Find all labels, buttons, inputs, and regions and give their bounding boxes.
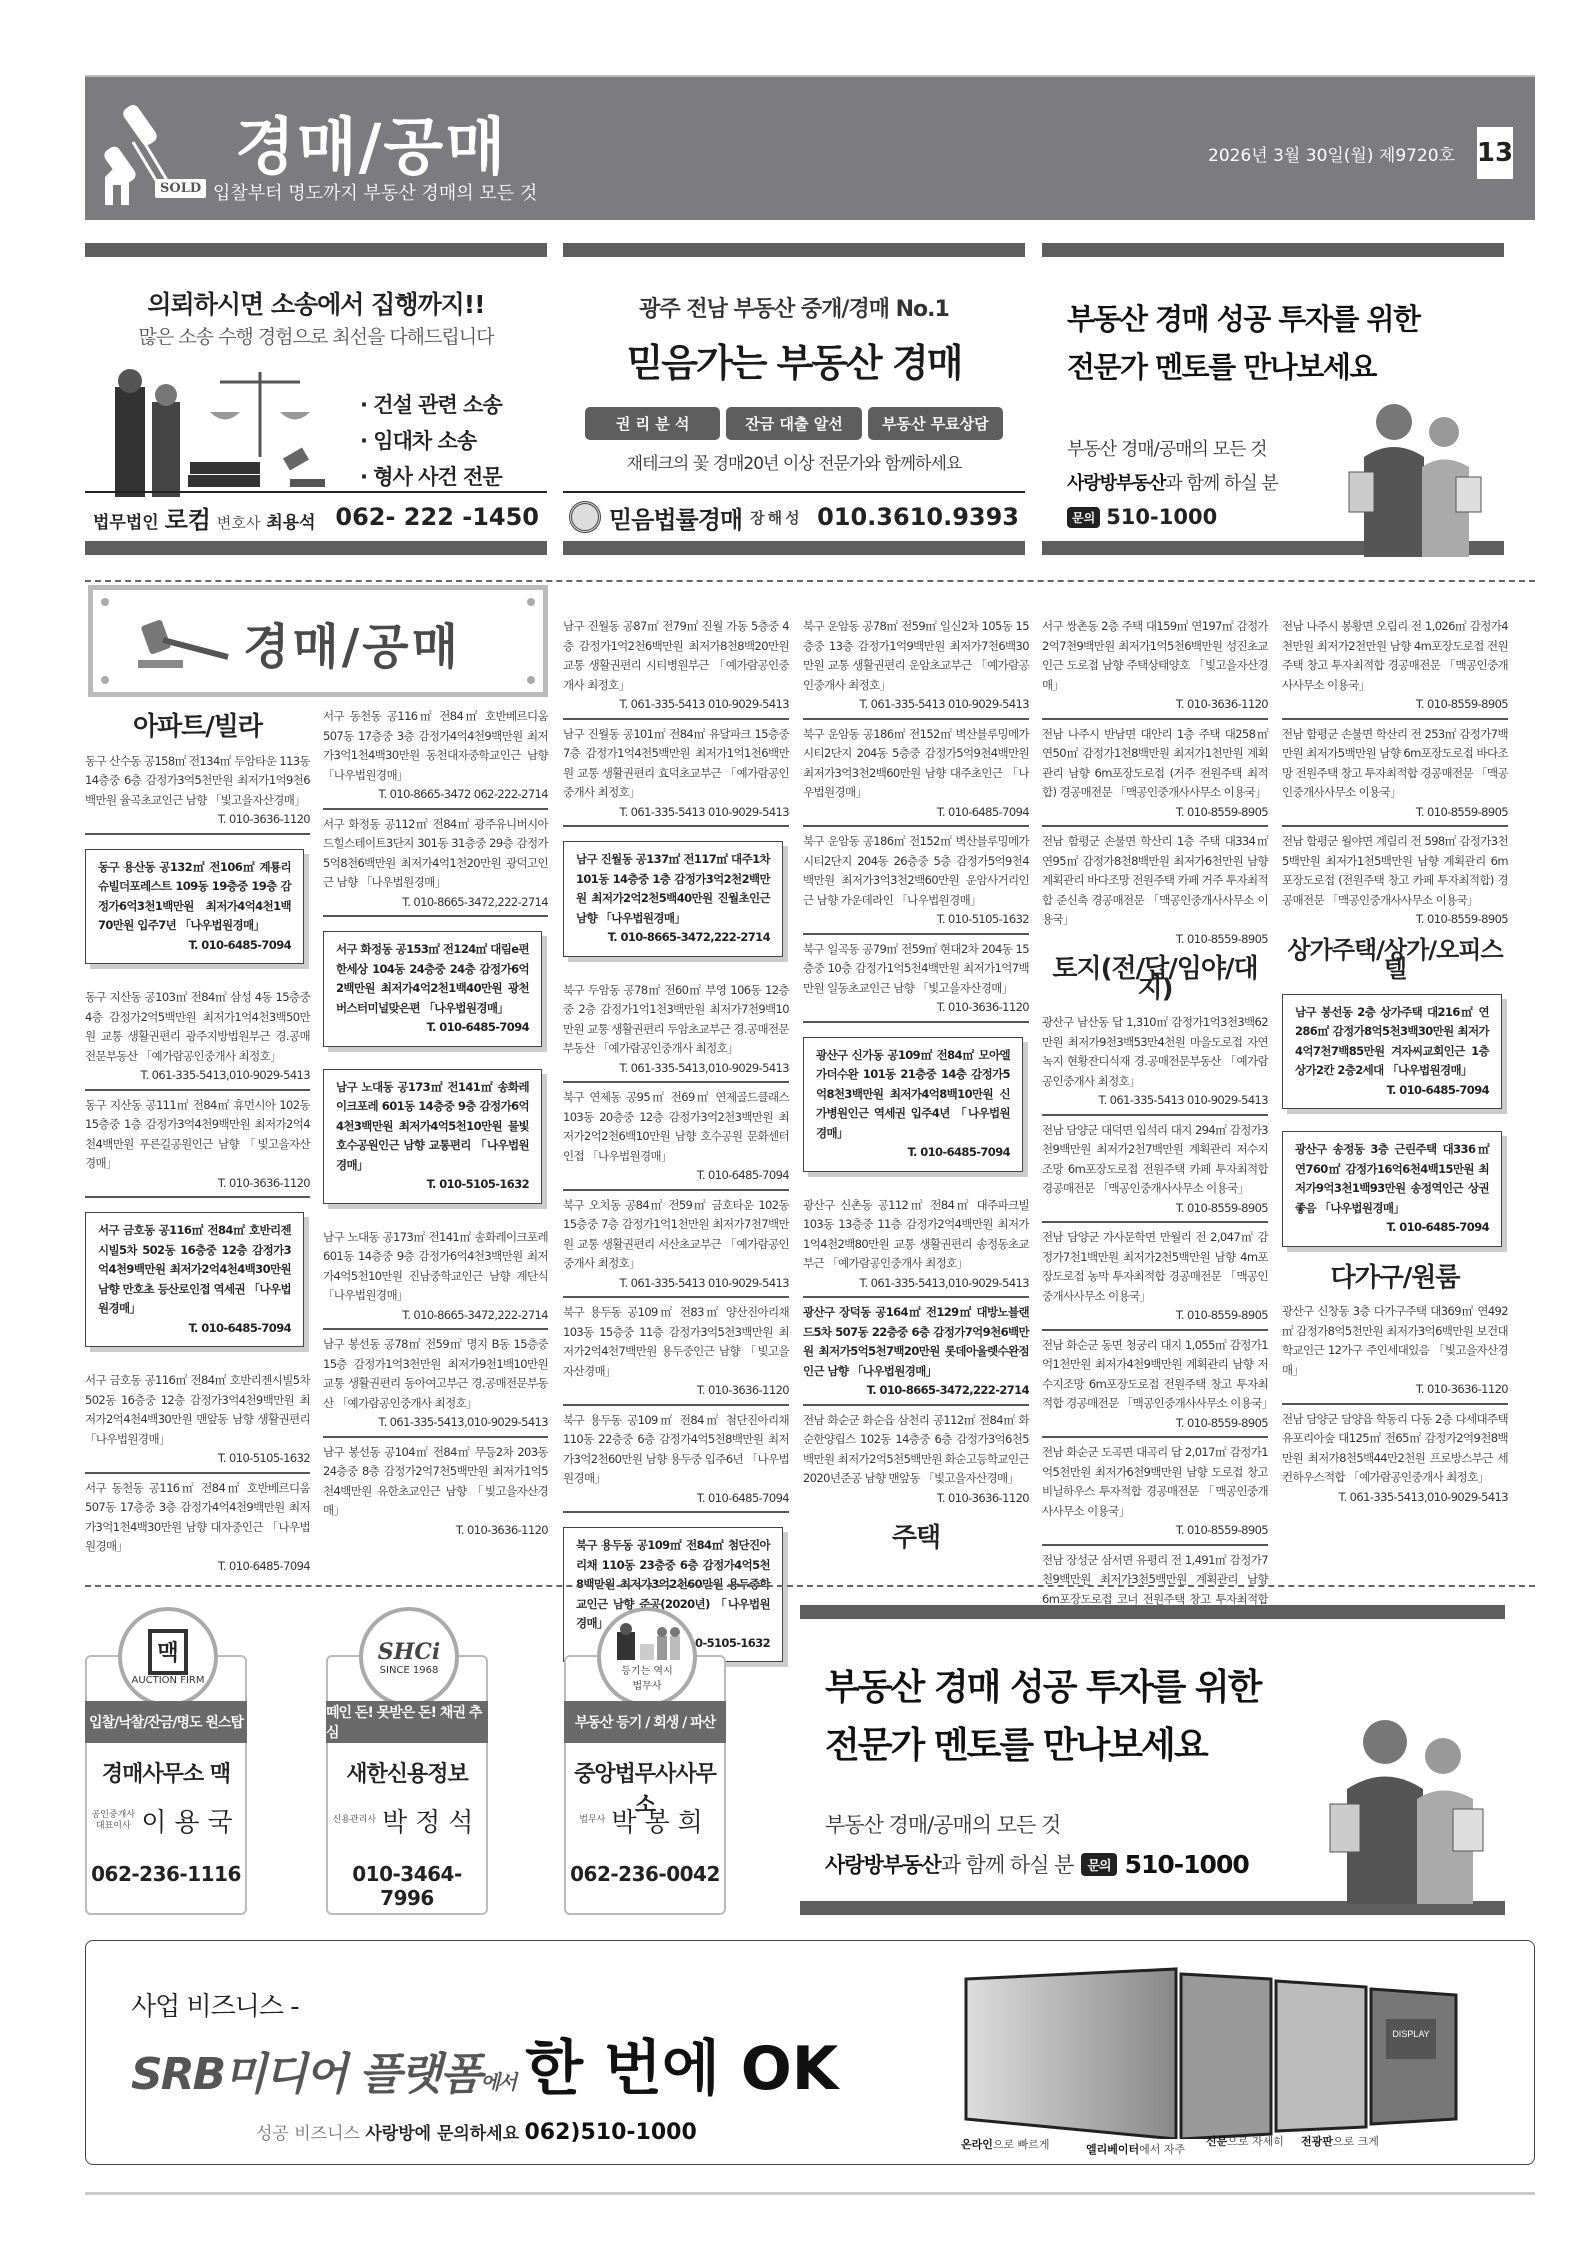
listing-item-featured[interactable]: 서구 금호동 공116㎡ 전84㎡ 호반리젠시빌5차 502동 16층중 12층… bbox=[85, 1212, 304, 1347]
phone-number[interactable]: 510-1000 bbox=[1125, 1850, 1249, 1879]
section-divider bbox=[85, 580, 1535, 582]
listing-item-featured[interactable]: 남구 노대동 공173㎡ 전141㎡ 송화레이크포레 601동 14층중 9층 … bbox=[323, 1069, 542, 1204]
listing-column-1: 아파트/빌라 동구 산수동 공158㎡ 전134㎡ 두암타운 113동 14층중… bbox=[85, 710, 310, 1582]
listing-item[interactable]: 서구 동천동 공116㎡ 전84㎡ 호반베르디움 507동 17층중 3층 감정… bbox=[85, 1477, 310, 1580]
listing-item-featured[interactable]: 남구 진월동 공137㎡ 전117㎡ 대주1차 101동 14층중 1층 감정가… bbox=[563, 841, 783, 957]
listing-item[interactable]: 전남 함평군 손불면 학산리 전 253㎡ 감정가7백만원 최저가5백만원 남향… bbox=[1282, 723, 1508, 828]
ad-contact-line: 사랑방부동산과 함께 하실 분 문의 510-1000 bbox=[825, 1849, 1249, 1879]
ad-headline: 부동산 경매 성공 투자를 위한 전문가 멘토를 만나보세요 bbox=[1067, 295, 1420, 391]
service-item: · 임대차 소송 bbox=[360, 423, 502, 459]
listing-item[interactable]: 서구 화정동 공112㎡ 전84㎡ 광주유니버시아드힐스테이트3단지 301동 … bbox=[323, 813, 548, 918]
service-pills: 권 리 분 석 잔금 대출 알선 부동산 무료상담 bbox=[585, 407, 1003, 440]
card-strip: 부동산 등기 / 회생 / 파산 bbox=[564, 1701, 726, 1743]
banner-line-1: 사업 비즈니스 - bbox=[131, 1986, 299, 2023]
listing-item[interactable]: 북구 운암동 공78㎡ 전59㎡ 일신2차 105동 15층중 13층 감정가1… bbox=[803, 615, 1029, 720]
shci-logo-icon: SHCi bbox=[378, 1639, 441, 1665]
firm-name: 믿음법률경매 bbox=[609, 500, 742, 535]
listing-item-featured[interactable]: 남구 봉선동 2층 상가주택 대216㎡ 연286㎡ 감정가8억5천3백30만원… bbox=[1282, 994, 1502, 1110]
service-pill: 권 리 분 석 bbox=[585, 407, 720, 440]
ad-card-maek-auction[interactable]: 맥 AUCTION FIRM 입찰/낙찰/잔금/명도 원스탑 경매사무소 맥 공… bbox=[85, 1655, 247, 1915]
ad-subline: 재테크의 꽃 경매20년 이상 전문가와 함께하세요 bbox=[563, 449, 1025, 474]
phone-number[interactable]: 062)510-1000 bbox=[524, 2120, 696, 2145]
listing-item[interactable]: 북구 용두동 공109㎡ 전84㎡ 첨단진아리채 110동 22층중 6층 감정… bbox=[563, 1409, 789, 1514]
listing-item[interactable]: 전남 담양군 대덕면 입석리 대지 294㎡ 감정가3천9백만원 최저가2천7백… bbox=[1042, 1119, 1268, 1224]
seal-logo-icon bbox=[569, 501, 601, 533]
rivet-icon bbox=[101, 598, 109, 606]
ad-mideum-auction[interactable]: 광주 전남 부동산 중개/경매 No.1 믿음가는 부동산 경매 권 리 분 석… bbox=[563, 243, 1025, 555]
listing-item[interactable]: 전남 나주시 봉황면 오림리 전 1,026㎡ 감정가4천만원 최저가2천만원 … bbox=[1282, 615, 1508, 720]
listing-item[interactable]: 남구 봉선동 공78㎡ 전59㎡ 명지 B동 15층중 15층 감정가1억3천만… bbox=[323, 1333, 548, 1438]
rivet-icon bbox=[101, 676, 109, 684]
listing-item[interactable]: 전남 화순군 도곡면 대곡리 답 2,017㎡ 감정가1억5천만원 최저가6천9… bbox=[1042, 1441, 1268, 1546]
caption-online: 온라인으로 빠르게 bbox=[961, 2136, 1050, 2152]
listing-item[interactable]: 전남 담양군 가사문학면 만월리 전 2,047㎡ 감정가7천1백만원 최저가2… bbox=[1042, 1226, 1268, 1331]
listing-item[interactable]: 서구 동천동 공116㎡ 전84㎡ 호반베르디움 507동 17층중 3층 감정… bbox=[323, 705, 548, 810]
listing-item[interactable]: 동구 산수동 공158㎡ 전134㎡ 두암타운 113동 14층중 6층 감정가… bbox=[85, 750, 310, 835]
card-strip: 입찰/낙찰/잔금/명도 원스탑 bbox=[85, 1701, 247, 1743]
logo-circle: SHCi SINCE 1968 bbox=[359, 1607, 459, 1707]
listing-item[interactable]: 광산구 신촌동 공112㎡ 전84㎡ 대주파크빌 103동 13층중 11층 감… bbox=[803, 1194, 1029, 1299]
ad-sarangbang-mentor-large[interactable]: 부동산 경매 성공 투자를 위한 전문가 멘토를 만나보세요 부동산 경매/공매… bbox=[800, 1605, 1505, 1915]
ad-card-saehan-credit[interactable]: SHCi SINCE 1968 떼인 돈! 못받은 돈! 채권 추심 새한신용정… bbox=[326, 1655, 488, 1915]
rivet-icon bbox=[527, 676, 535, 684]
listing-item[interactable]: 북구 오치동 공84㎡ 전59㎡ 금호타운 102동 15층중 7층 감정가1억… bbox=[563, 1194, 789, 1299]
section-heading-land: 토지(전/답/임야/대지) bbox=[1042, 960, 1268, 999]
listing-item[interactable]: 동구 지산동 공103㎡ 전84㎡ 삼성 4동 15층중 4층 감정가2억5백만… bbox=[85, 986, 310, 1091]
listing-item[interactable]: 북구 운암동 공186㎡ 전152㎡ 벽산블루밍메가시티2단지 204동 5층중… bbox=[803, 723, 1029, 828]
ad-headline: 믿음가는 부동산 경매 bbox=[563, 332, 1025, 387]
rivet-icon bbox=[527, 598, 535, 606]
service-item: · 건설 관련 소송 bbox=[360, 387, 502, 423]
listing-item-featured[interactable]: 동구 용산동 공132㎡ 전106㎡ 계룡리슈빌더포레스트 109동 19층중 … bbox=[85, 849, 304, 965]
ad-subline: 많은 소송 수행 경험으로 최선을 다해드립니다 bbox=[85, 322, 547, 349]
listing-item[interactable]: 전남 담양군 담양읍 학동리 다동 2층 다세대주택 유포리아숲 대125㎡ 전… bbox=[1282, 1408, 1508, 1511]
listing-column-3: 남구 진월동 공87㎡ 전79㎡ 진월 가동 5층중 4층 감정가1억2천6백만… bbox=[563, 615, 789, 1684]
listing-item-bold[interactable]: 광산구 장덕동 공164㎡ 전129㎡ 대방노블랜드5차 507동 22층중 6… bbox=[803, 1301, 1029, 1406]
listing-item[interactable]: 광산구 신창동 3층 다가구주택 대369㎡ 연492㎡ 감정가8억5천만원 최… bbox=[1282, 1300, 1508, 1405]
sold-badge: SOLD bbox=[155, 179, 206, 198]
ad-kicker: 광주 전남 부동산 중개/경매 No.1 bbox=[563, 292, 1025, 323]
listing-item[interactable]: 북구 연제동 공95㎡ 전69㎡ 연제골드클래스 103동 20층중 12층 감… bbox=[563, 1086, 789, 1191]
listing-item[interactable]: 북구 운암동 공186㎡ 전152㎡ 벽산블루밍메가시티2단지 204동 26층… bbox=[803, 830, 1029, 935]
listings-banner: 경매/공매 bbox=[88, 585, 548, 697]
listing-item[interactable]: 전남 나주시 반남면 대안리 1층 주택 대258㎡ 연50㎡ 감정가1천8백만… bbox=[1042, 723, 1268, 828]
business-name: 새한신용정보 bbox=[328, 1757, 486, 1788]
listing-column-6: 전남 나주시 봉황면 오림리 전 1,026㎡ 감정가4천만원 최저가2천만원 … bbox=[1282, 615, 1508, 1513]
listing-item[interactable]: 남구 봉선동 공104㎡ 전84㎡ 무등2차 203동 24층중 8층 감정가2… bbox=[323, 1441, 548, 1544]
listing-item[interactable]: 동구 지산동 공111㎡ 전84㎡ 휴먼시아 102동 15층중 1층 감정가3… bbox=[85, 1094, 310, 1199]
ad-subline-brand: 사랑방부동산과 함께 하실 분 bbox=[1067, 469, 1278, 495]
ad-footer: 법무법인 로컴 변호사 최용석 062- 222 -1450 bbox=[85, 491, 547, 541]
listing-item-featured[interactable]: 광산구 신가동 공109㎡ 전84㎡ 모아엘가더수완 101동 21층중 14층… bbox=[803, 1037, 1023, 1172]
contact: 문의 510-1000 bbox=[1067, 505, 1217, 529]
service-pill: 잔금 대출 알선 bbox=[726, 407, 861, 440]
listing-item[interactable]: 남구 노대동 공173㎡ 전141㎡ 송화레이크포레 601동 14층중 9층 … bbox=[323, 1226, 548, 1331]
section-heading-house: 주택 bbox=[803, 1529, 1029, 1549]
business-name: 경매사무소 맥 bbox=[87, 1757, 245, 1788]
section-title: 경매/공매 bbox=[235, 97, 507, 186]
lawyers-scale-illustration-icon bbox=[100, 367, 330, 497]
footer-rule bbox=[85, 2192, 1535, 2195]
representative: 법무사박봉희 bbox=[566, 1802, 724, 1839]
representative: 신용관리사박정석 bbox=[328, 1802, 486, 1839]
issue-date: 2026년 3월 30일(월) 제9720호 bbox=[1208, 141, 1455, 166]
gavel-icon bbox=[133, 612, 233, 672]
page-number: 13 bbox=[1477, 127, 1513, 179]
service-pill: 부동산 무료상담 bbox=[868, 407, 1003, 440]
srb-media-banner[interactable]: 사업 비즈니스 - SRB미디어 플랫폼에서한 번에 OK 성공 비즈니스 사랑… bbox=[85, 1940, 1535, 2165]
contact-badge: 문의 bbox=[1067, 507, 1100, 528]
consultation-illustration-icon bbox=[612, 1622, 682, 1662]
listing-item[interactable]: 전남 함평군 손불면 학산리 1층 주택 대334㎡ 연95㎡ 감정가8천8백만… bbox=[1042, 830, 1268, 952]
sarangbang-logo-icon: 사랑방 bbox=[365, 2124, 414, 2144]
ad-headline: 부동산 경매 성공 투자를 위한 전문가 멘토를 만나보세요 bbox=[825, 1659, 1260, 1775]
card-strip: 떼인 돈! 못받은 돈! 채권 추심 bbox=[326, 1701, 488, 1743]
banner-line-3: 성공 비즈니스 사랑방에 문의하세요 062)510-1000 bbox=[256, 2119, 697, 2145]
mentors-illustration-icon bbox=[1344, 397, 1484, 557]
section-heading-apartment: 아파트/빌라 bbox=[85, 718, 310, 738]
firm-name: 법무법인 로컴 변호사 최용석 bbox=[93, 500, 316, 535]
ad-subline: 부동산 경매/공매의 모든 것 bbox=[825, 1809, 1060, 1839]
listing-item[interactable]: 북구 용두동 공109㎡ 전83㎡ 양산진아리채 103동 15층중 11층 감… bbox=[563, 1301, 789, 1406]
service-item: · 형사 사건 전문 bbox=[360, 459, 502, 495]
phone-number[interactable]: 010-3464-7996 bbox=[328, 1862, 486, 1910]
listing-item[interactable]: 서구 금호동 공116㎡ 전84㎡ 호반리젠시빌5차 502동 16층중 12층… bbox=[85, 1369, 310, 1474]
phone-number[interactable]: 010.3610.9393 bbox=[817, 503, 1019, 531]
caption-billboard: 전광판으로 크게 bbox=[1301, 2133, 1379, 2149]
phone-number[interactable]: 062-236-1116 bbox=[87, 1862, 245, 1886]
banner-line-2: SRB미디어 플랫폼에서한 번에 OK bbox=[131, 2021, 838, 2107]
logo-circle: 등기는 역시 법무사 bbox=[597, 1607, 697, 1707]
contact-badge: 문의 bbox=[1081, 1853, 1116, 1876]
listing-column-4: 북구 운암동 공78㎡ 전59㎡ 일신2차 105동 15층중 13층 감정가1… bbox=[803, 615, 1029, 1561]
listing-item[interactable]: 남구 진월동 공87㎡ 전79㎡ 진월 가동 5층중 4층 감정가1억2천6백만… bbox=[563, 615, 789, 720]
representative: 공인중개사 대표이사이용국 bbox=[87, 1802, 245, 1839]
service-list: · 건설 관련 소송 · 임대차 소송 · 형사 사건 전문 bbox=[360, 387, 502, 495]
listing-item[interactable]: 전남 화순군 화순읍 삼천리 공112㎡ 전84㎡ 화순한양립스 102동 14… bbox=[803, 1409, 1029, 1512]
phone-number[interactable]: 510-1000 bbox=[1106, 505, 1217, 529]
rep-name: 장해성 bbox=[750, 507, 802, 528]
media-devices-illustration-icon: DISPLAY bbox=[946, 1959, 1506, 2139]
logo-circle: 맥 AUCTION FIRM bbox=[118, 1607, 218, 1707]
listing-column-5: 서구 쌍촌동 2층 주택 대159㎡ 연197㎡ 감정가2억7천9백만원 최저가… bbox=[1042, 615, 1268, 1654]
listing-item[interactable]: 남구 진월동 공101㎡ 전84㎡ 유달파크 15층중 7층 감정가1억4천5백… bbox=[563, 723, 789, 828]
caption-newspaper: 신문으로 자세히 bbox=[1206, 2133, 1284, 2149]
listing-item[interactable]: 서구 쌍촌동 2층 주택 대159㎡ 연197㎡ 감정가2억7천9백만원 최저가… bbox=[1042, 615, 1268, 720]
listing-item-featured[interactable]: 광산구 송정동 3층 근린주택 대336㎡ 연760㎡ 감정가16억6천4백15… bbox=[1282, 1131, 1502, 1247]
ad-subline: 부동산 경매/공매의 모든 것 bbox=[1067, 435, 1267, 461]
ad-sarangbang-mentor[interactable]: 부동산 경매 성공 투자를 위한 전문가 멘토를 만나보세요 부동산 경매/공매… bbox=[1042, 243, 1504, 555]
phone-number[interactable]: 062-236-0042 bbox=[566, 1862, 724, 1886]
listing-item[interactable]: 북구 일곡동 공79㎡ 전59㎡ 현대2차 204동 15층중 10층 감정가1… bbox=[803, 938, 1029, 1023]
listing-item[interactable]: 전남 화순군 동면 청궁리 대지 1,055㎡ 감정가1억1천만원 최저가4천9… bbox=[1042, 1334, 1268, 1439]
listings-banner-title: 경매/공매 bbox=[243, 608, 461, 677]
ad-headline: 의뢰하시면 소송에서 집행까지!! bbox=[85, 285, 547, 321]
section-heading-multifamily: 다가구/원룸 bbox=[1282, 1269, 1508, 1289]
listing-item[interactable]: 광산구 남산동 답 1,310㎡ 감정가1억3천3백62만원 최저가9천3백53… bbox=[1042, 1011, 1268, 1116]
svg-text:DISPLAY: DISPLAY bbox=[1392, 2029, 1429, 2039]
listing-item[interactable]: 북구 두암동 공78㎡ 전60㎡ 부영 106동 12층중 2층 감정가1억1천… bbox=[563, 979, 789, 1084]
caption-elevator: 엘리베이터에서 자주 bbox=[1086, 2141, 1185, 2157]
section-heading-commercial: 상가주택/상가/오피스텔 bbox=[1282, 941, 1508, 980]
page-header: 경매/공매 SOLD 입찰부터 명도까지 부동산 경매의 모든 것 2026년 … bbox=[85, 75, 1535, 220]
phone-number[interactable]: 062- 222 -1450 bbox=[335, 503, 539, 531]
mentors-illustration-icon bbox=[1325, 1714, 1485, 1904]
section-tagline: 입찰부터 명도까지 부동산 경매의 모든 것 bbox=[213, 179, 537, 205]
maek-logo-icon: 맥 bbox=[148, 1629, 188, 1675]
ad-lawfirm-locum[interactable]: 의뢰하시면 소송에서 집행까지!! 많은 소송 수행 경험으로 최선을 다해드립… bbox=[85, 243, 547, 555]
ad-footer: 믿음법률경매 장해성 010.3610.9393 bbox=[563, 491, 1025, 541]
section-divider bbox=[85, 1585, 1535, 1587]
ad-card-jungang-law[interactable]: 등기는 역시 법무사 부동산 등기 / 회생 / 파산 중앙법무사사무소 법무사… bbox=[564, 1655, 726, 1915]
listing-item[interactable]: 전남 함평군 월야면 계림리 전 598㎡ 감정가3천5백만원 최저가1천5백만… bbox=[1282, 830, 1508, 933]
listing-column-2: 서구 동천동 공116㎡ 전84㎡ 호반베르디움 507동 17층중 3층 감정… bbox=[323, 705, 548, 1546]
listing-item-featured[interactable]: 서구 화정동 공153㎡ 전124㎡ 대림e편한세상 104동 24층중 24층… bbox=[323, 931, 542, 1047]
